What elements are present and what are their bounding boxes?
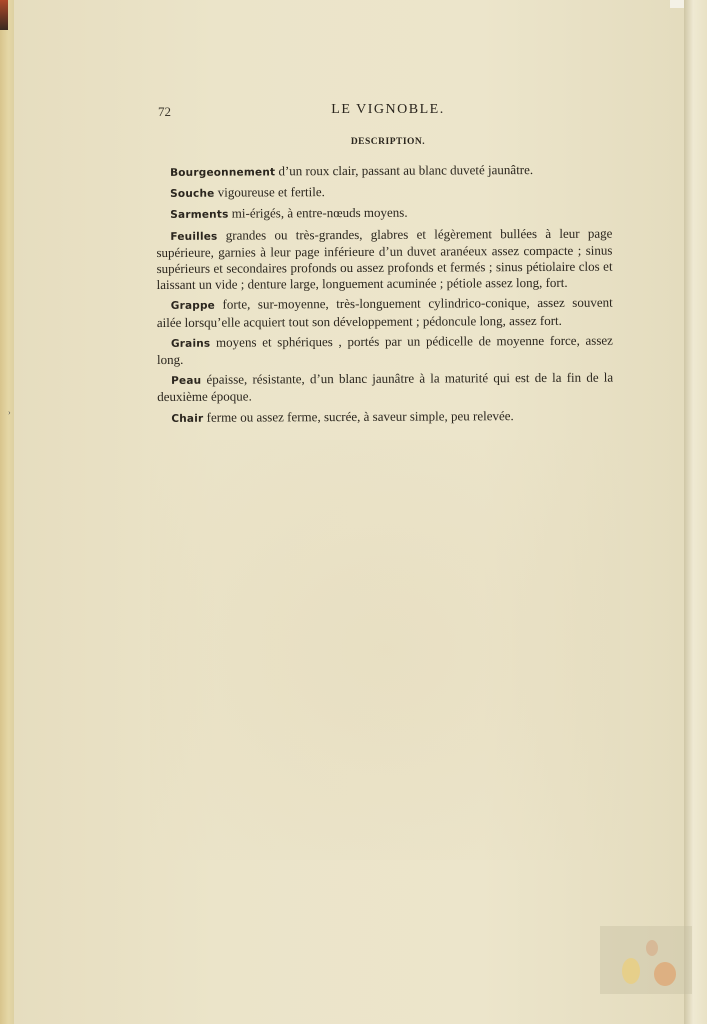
entry-souche: Souche vigoureuse et fertile.: [156, 183, 612, 203]
entry-grains: Grains moyens et sphériques , portés par…: [157, 332, 613, 368]
page-corner: [670, 0, 684, 8]
reflection-blob: [622, 958, 640, 984]
entry-feuilles: Feuilles grandes ou très-grandes, glabre…: [156, 225, 612, 293]
page-header: 72 LE VIGNOBLE.: [158, 102, 618, 122]
entry-bourgeonnement: Bourgeonnement d’un roux clair, passant …: [156, 162, 612, 182]
entry-text: ferme ou assez ferme, sucrée, à saveur s…: [203, 408, 513, 425]
photo-reflection: [600, 926, 692, 994]
paper-stain: [150, 440, 620, 860]
spine-corner: [0, 0, 8, 30]
page-edge: [684, 0, 707, 1024]
entry-text: mi-érigés, à entre-nœuds moyens.: [228, 205, 407, 221]
entry-peau: Peau épaisse, résistante, d’un blanc jau…: [157, 370, 613, 406]
entry-term: Peau: [171, 375, 201, 387]
entry-term: Bourgeonnement: [170, 166, 275, 179]
reflection-blob: [646, 940, 658, 956]
entry-term: Grains: [171, 338, 210, 350]
entry-grappe: Grappe forte, sur-moyenne, très-longueme…: [157, 295, 613, 331]
margin-mark: ›: [8, 408, 11, 417]
entry-text: d’un roux clair, passant au blanc duveté…: [275, 162, 533, 178]
entry-chair: Chair ferme ou assez ferme, sucrée, à sa…: [157, 407, 613, 427]
running-title: LE VIGNOBLE.: [158, 102, 618, 118]
book-spine: [0, 0, 14, 1024]
entry-text: moyens et sphériques , portés par un péd…: [157, 332, 613, 367]
entry-term: Sarments: [170, 209, 228, 221]
section-title: DESCRIPTION.: [158, 137, 618, 147]
entry-term: Souche: [170, 188, 214, 200]
entry-sarments: Sarments mi-érigés, à entre-nœuds moyens…: [156, 204, 612, 224]
entry-term: Grappe: [171, 300, 215, 312]
entry-text: grandes ou très-grandes, glabres et légè…: [156, 225, 612, 292]
entry-text: forte, sur-moyenne, très-longuement cyli…: [157, 295, 613, 330]
entry-term: Feuilles: [170, 230, 217, 242]
entry-text: vigoureuse et fertile.: [214, 184, 325, 200]
reflection-blob: [654, 962, 676, 986]
entry-text: épaisse, résistante, d’un blanc jaunâtre…: [157, 370, 613, 405]
entry-term: Chair: [171, 412, 203, 424]
description-body: Bourgeonnement d’un roux clair, passant …: [156, 162, 613, 431]
